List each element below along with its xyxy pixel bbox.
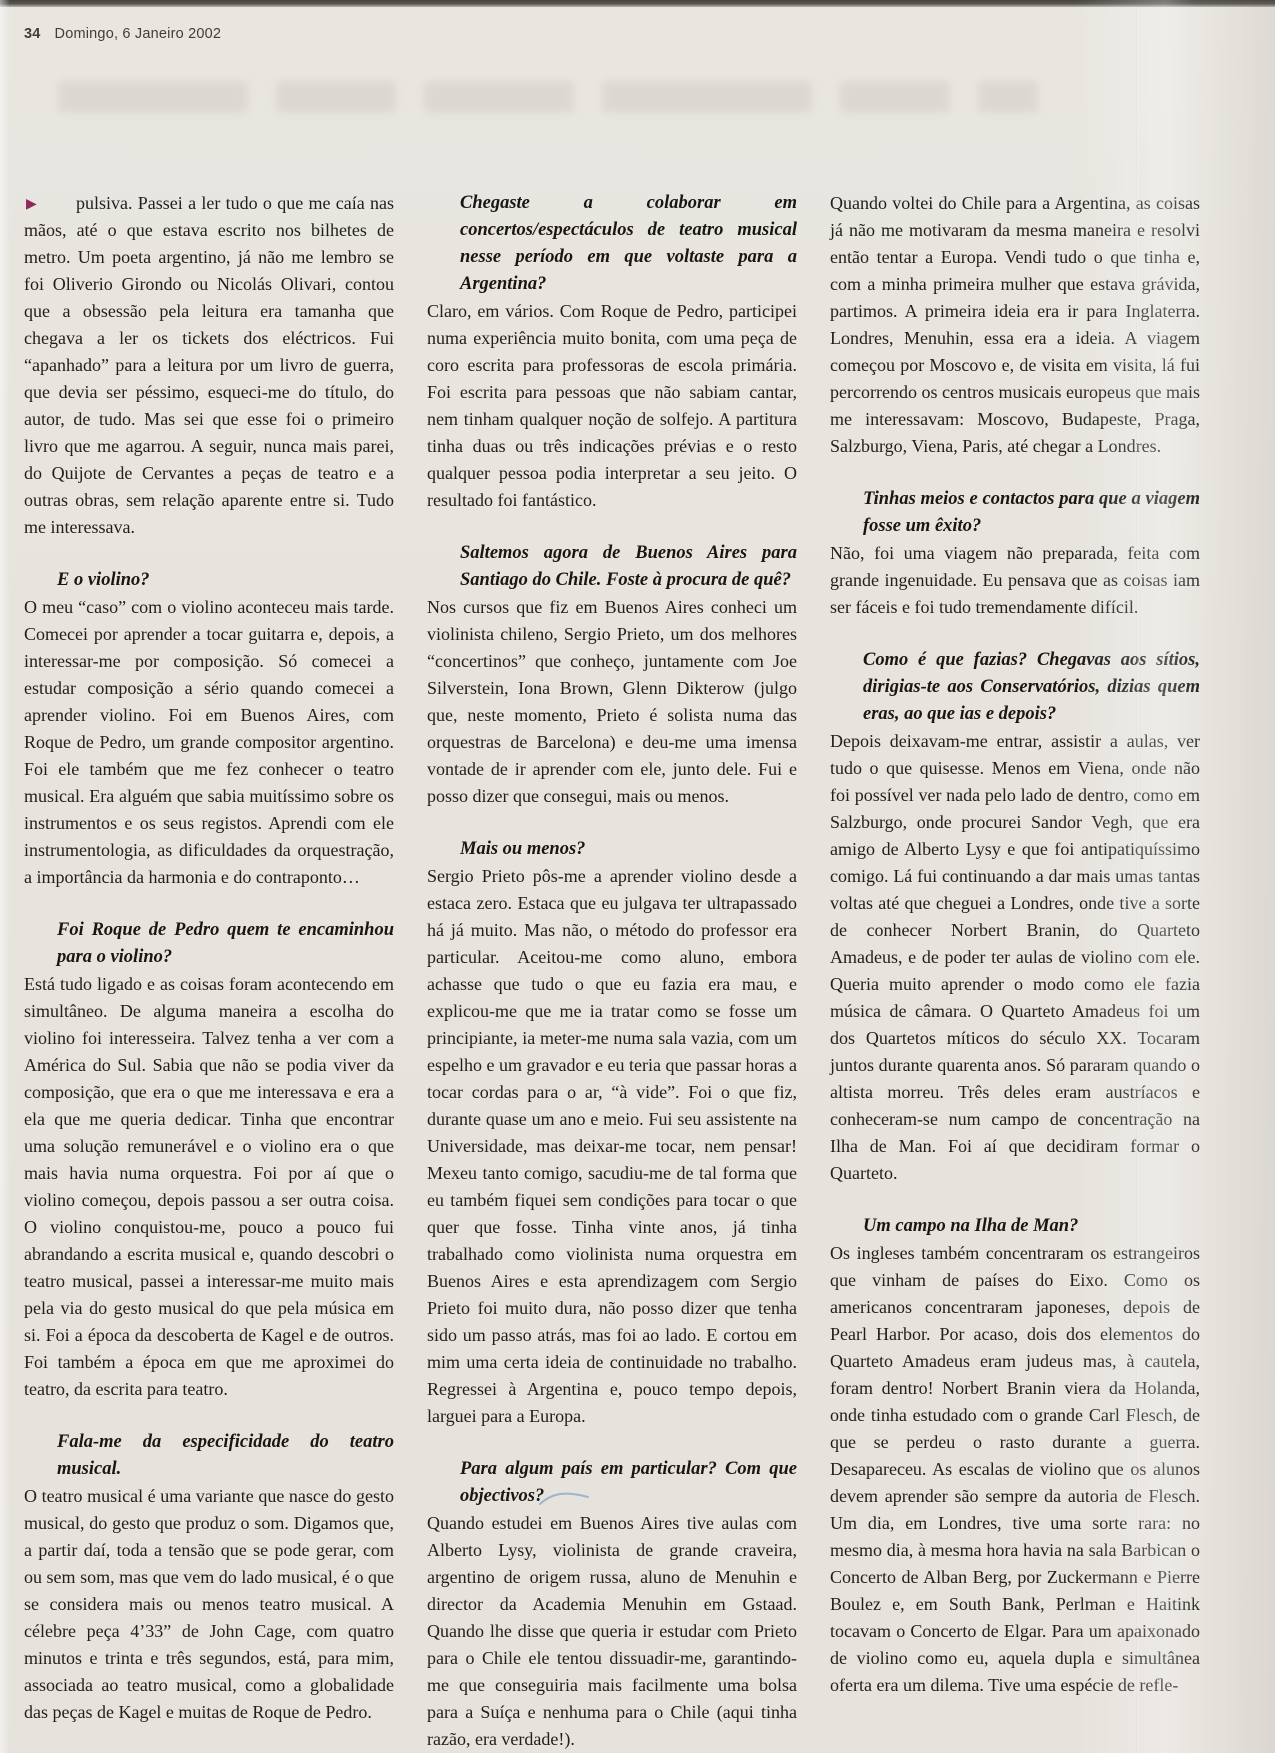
interview-answer: Está tudo ligado e as coisas foram acont… bbox=[24, 971, 394, 1403]
interview-question: Um campo na Ilha de Man? bbox=[830, 1213, 1200, 1240]
column-2: Chegaste a colaborar em concertos/espect… bbox=[427, 190, 797, 1753]
column-1: ▶pulsiva. Passei a ler tudo o que me caí… bbox=[24, 190, 394, 1753]
interview-answer: Depois deixavam-me entrar, assistir a au… bbox=[830, 728, 1200, 1187]
interview-question: Foi Roque de Pedro quem te encaminhou pa… bbox=[24, 917, 394, 971]
interview-question: Fala-me da especificidade do teatro musi… bbox=[24, 1429, 394, 1483]
interview-answer: O teatro musical é uma variante que nasc… bbox=[24, 1483, 394, 1726]
ghost-headline-artifact bbox=[58, 76, 1048, 118]
interview-question: Tinhas meios e contactos para que a viag… bbox=[830, 486, 1200, 540]
interview-answer: ▶pulsiva. Passei a ler tudo o que me caí… bbox=[24, 190, 394, 541]
interview-answer: Os ingleses também concentraram os estra… bbox=[830, 1240, 1200, 1699]
article-columns: ▶pulsiva. Passei a ler tudo o que me caí… bbox=[24, 190, 1200, 1753]
interview-question: Para algum país em particular? Com que o… bbox=[427, 1456, 797, 1510]
interview-question: Mais ou menos? bbox=[427, 836, 797, 863]
continuation-arrow-icon: ▶ bbox=[26, 195, 37, 213]
issue-date: Domingo, 6 Janeiro 2002 bbox=[55, 26, 222, 42]
interview-question: Como é que fazias? Chegavas aos sítios, … bbox=[830, 647, 1200, 728]
interview-question: Chegaste a colaborar em concertos/espect… bbox=[427, 190, 797, 298]
page-number: 34 bbox=[24, 26, 41, 42]
page-left-scan-edge bbox=[0, 0, 10, 1753]
interview-answer: Quando voltei do Chile para a Argentina,… bbox=[830, 190, 1200, 460]
interview-answer: Sergio Prieto pôs-me a aprender violino … bbox=[427, 863, 797, 1430]
interview-answer: Claro, em vários. Com Roque de Pedro, pa… bbox=[427, 298, 797, 514]
column-3: Quando voltei do Chile para a Argentina,… bbox=[830, 190, 1200, 1753]
interview-answer: O meu “caso” com o violino aconteceu mai… bbox=[24, 594, 394, 891]
interview-answer: Quando estudei em Buenos Aires tive aula… bbox=[427, 1510, 797, 1753]
interview-question: Saltemos agora de Buenos Aires para Sant… bbox=[427, 540, 797, 594]
page-header: 34Domingo, 6 Janeiro 2002 bbox=[24, 26, 221, 42]
interview-question: E o violino? bbox=[24, 567, 394, 594]
interview-answer: Nos cursos que fiz em Buenos Aires conhe… bbox=[427, 594, 797, 810]
page-top-scan-edge bbox=[0, 0, 1275, 7]
interview-answer: Não, foi uma viagem não preparada, feita… bbox=[830, 540, 1200, 621]
magazine-page: 34Domingo, 6 Janeiro 2002 ▶pulsiva. Pass… bbox=[0, 0, 1275, 1753]
